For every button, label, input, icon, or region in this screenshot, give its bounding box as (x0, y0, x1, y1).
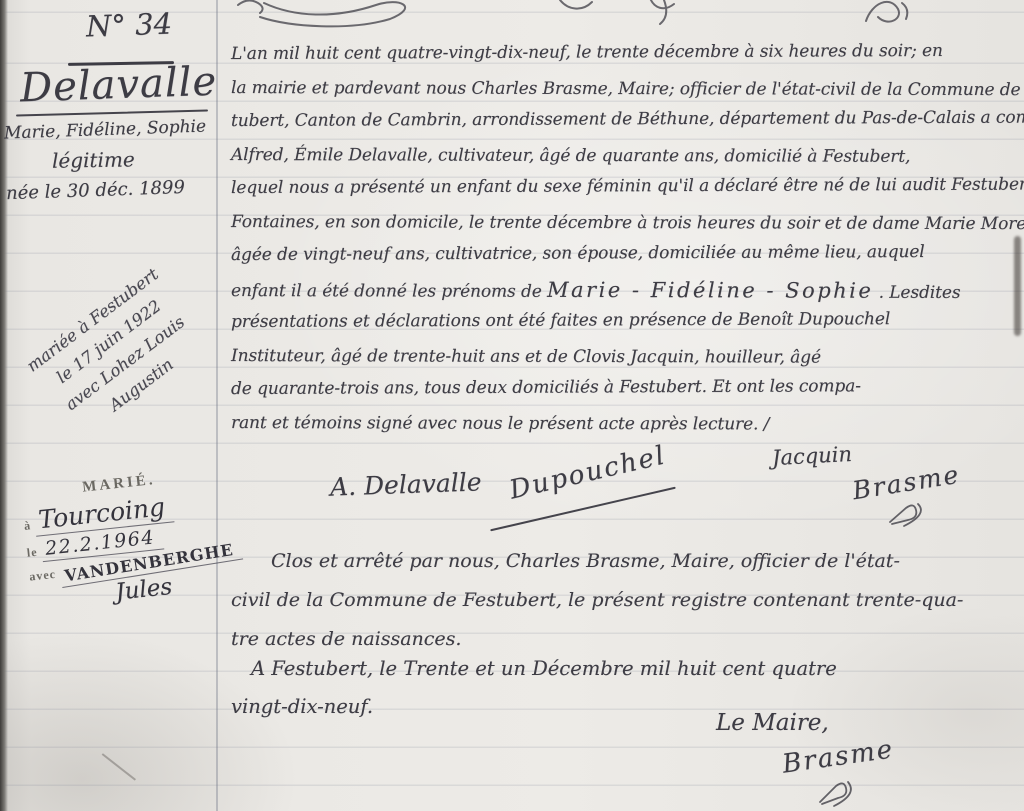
closing-date-line: A Festubert, le Trente et un Décembre mi… (231, 650, 1019, 688)
act-line: L'an mil huit cent quatre-vingt-dix-neuf… (231, 35, 1019, 72)
paper-scratch (102, 753, 136, 780)
stamp-avec-label: avec (29, 567, 57, 584)
closing-date-line: vingt-dix-neuf. (231, 688, 1019, 726)
mayor-paraphe (888, 500, 948, 528)
record-number: N° 34 (85, 7, 172, 44)
closing-place-date: A Festubert, le Trente et un Décembre mi… (231, 650, 1019, 726)
signature-declarant: A. Delavalle (330, 467, 482, 501)
act-line: tubert, Canton de Cambrin, arrondissemen… (231, 102, 1019, 139)
mayor-signoff: Le Maire, (716, 710, 829, 736)
closing-line: Clos et arrêté par nous, Charles Brasme,… (231, 542, 1019, 581)
prenoms-prefix: enfant il a été donné les prénoms de (231, 281, 547, 302)
margin-given-names: Marie, Fidéline, Sophie (4, 116, 207, 143)
margin-rule (216, 0, 218, 811)
margin-legitimacy: légitime (52, 147, 135, 172)
cutoff-signature-fragments (230, 0, 1020, 31)
act-line: présentations et déclarations ont été fa… (231, 303, 1019, 340)
act-line: âgée de vingt-neuf ans, cultivatrice, so… (231, 236, 1019, 273)
margin-birth-date: née le 30 déc. 1899 (6, 177, 186, 204)
mayor-paraphe-bottom (818, 778, 878, 808)
closing-statement: Clos et arrêté par nous, Charles Brasme,… (231, 542, 1019, 659)
child-name: Marie - Fidéline - Sophie (547, 277, 873, 302)
signature-mayor-bottom: Brasme (780, 734, 896, 779)
act-line: de quarante-trois ans, tous deux domicil… (231, 370, 1019, 407)
marriage-stamp-1964: MARIÉ. à Tourcoing le 22.2.1964 avec VAN… (20, 463, 258, 615)
margin-surname: Delavalle (19, 59, 218, 112)
act-line: lequel nous a présenté un enfant du sexe… (231, 169, 1019, 206)
closing-line: civil de la Commune de Festubert, le pré… (231, 581, 1019, 620)
signature-mayor: Brasme (850, 460, 962, 506)
signature-witness-jacquin: Jacquin (771, 442, 852, 470)
birth-act-text: L'an mil huit cent quatre-vingt-dix-neuf… (231, 38, 1019, 440)
register-page: N° 34 Delavalle Marie, Fidéline, Sophie … (0, 0, 1024, 811)
act-line: rant et témoins signé avec nous le prése… (231, 407, 1019, 443)
prenoms-suffix: . Lesdites (873, 282, 960, 302)
stamp-le-label: le (26, 545, 38, 560)
stamp-at-label: à (23, 518, 31, 533)
